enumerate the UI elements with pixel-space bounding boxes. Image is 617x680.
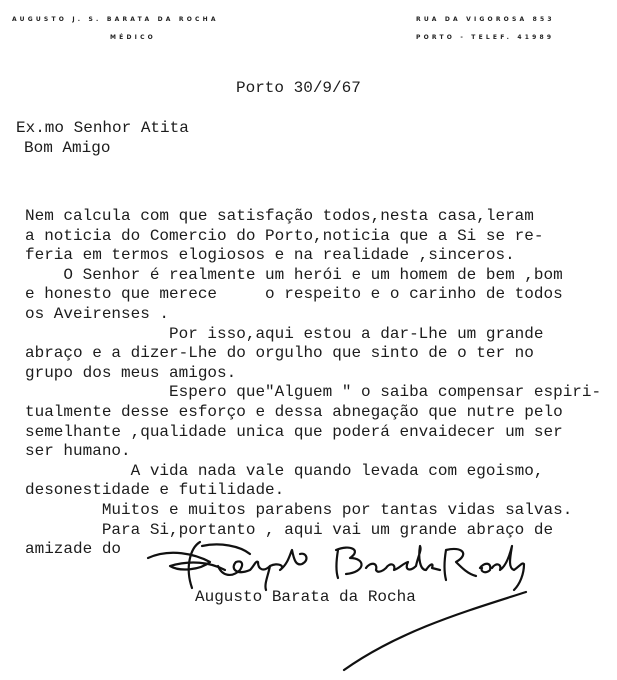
letterhead-city-phone: PORTO - TELEF. 41989: [416, 34, 554, 41]
letterhead-name: AUGUSTO J. S. BARATA DA ROCHA: [12, 16, 219, 23]
typed-signature-name: Augusto Barata da Rocha: [195, 587, 416, 607]
body-line: a noticia do Comercio do Porto,noticia q…: [25, 227, 601, 247]
body-line: os Aveirenses .: [25, 305, 601, 325]
body-line: e honesto que merece o respeito e o cari…: [25, 285, 601, 305]
letter-greeting: Bom Amigo: [24, 138, 110, 158]
letterhead-address: RUA DA VIGOROSA 853: [416, 16, 555, 23]
body-line: tualmente desse esforço e dessa abnegaçã…: [25, 403, 601, 423]
body-line: Nem calcula com que satisfação todos,nes…: [25, 207, 601, 227]
body-line: Espero que"Alguem " o saiba compensar es…: [25, 383, 601, 403]
letter-body: Nem calcula com que satisfação todos,nes…: [25, 207, 601, 560]
body-line: A vida nada vale quando levada com egois…: [25, 462, 601, 482]
body-line: ser humano.: [25, 442, 601, 462]
letter-page: AUGUSTO J. S. BARATA DA ROCHA MÉDICO RUA…: [0, 0, 617, 680]
body-line: feria em termos elogiosos e na realidade…: [25, 246, 601, 266]
letter-date: Porto 30/9/67: [236, 78, 361, 98]
body-line: semelhante ,qualidade unica que poderá e…: [25, 423, 601, 443]
signature-icon: [140, 540, 530, 680]
body-line: Muitos e muitos parabens por tantas vida…: [25, 501, 601, 521]
body-line: Por isso,aqui estou a dar-Lhe um grande: [25, 325, 601, 345]
letterhead-profession: MÉDICO: [110, 34, 156, 41]
body-line: O Senhor é realmente um herói e um homem…: [25, 266, 601, 286]
body-line: desonestidade e futilidade.: [25, 481, 601, 501]
body-line: Para Si,portanto , aqui vai um grande ab…: [25, 521, 601, 541]
body-line: abraço e a dizer-Lhe do orgulho que sint…: [25, 344, 601, 364]
body-line: grupo dos meus amigos.: [25, 364, 601, 384]
letter-salutation: Ex.mo Senhor Atita: [16, 118, 189, 138]
